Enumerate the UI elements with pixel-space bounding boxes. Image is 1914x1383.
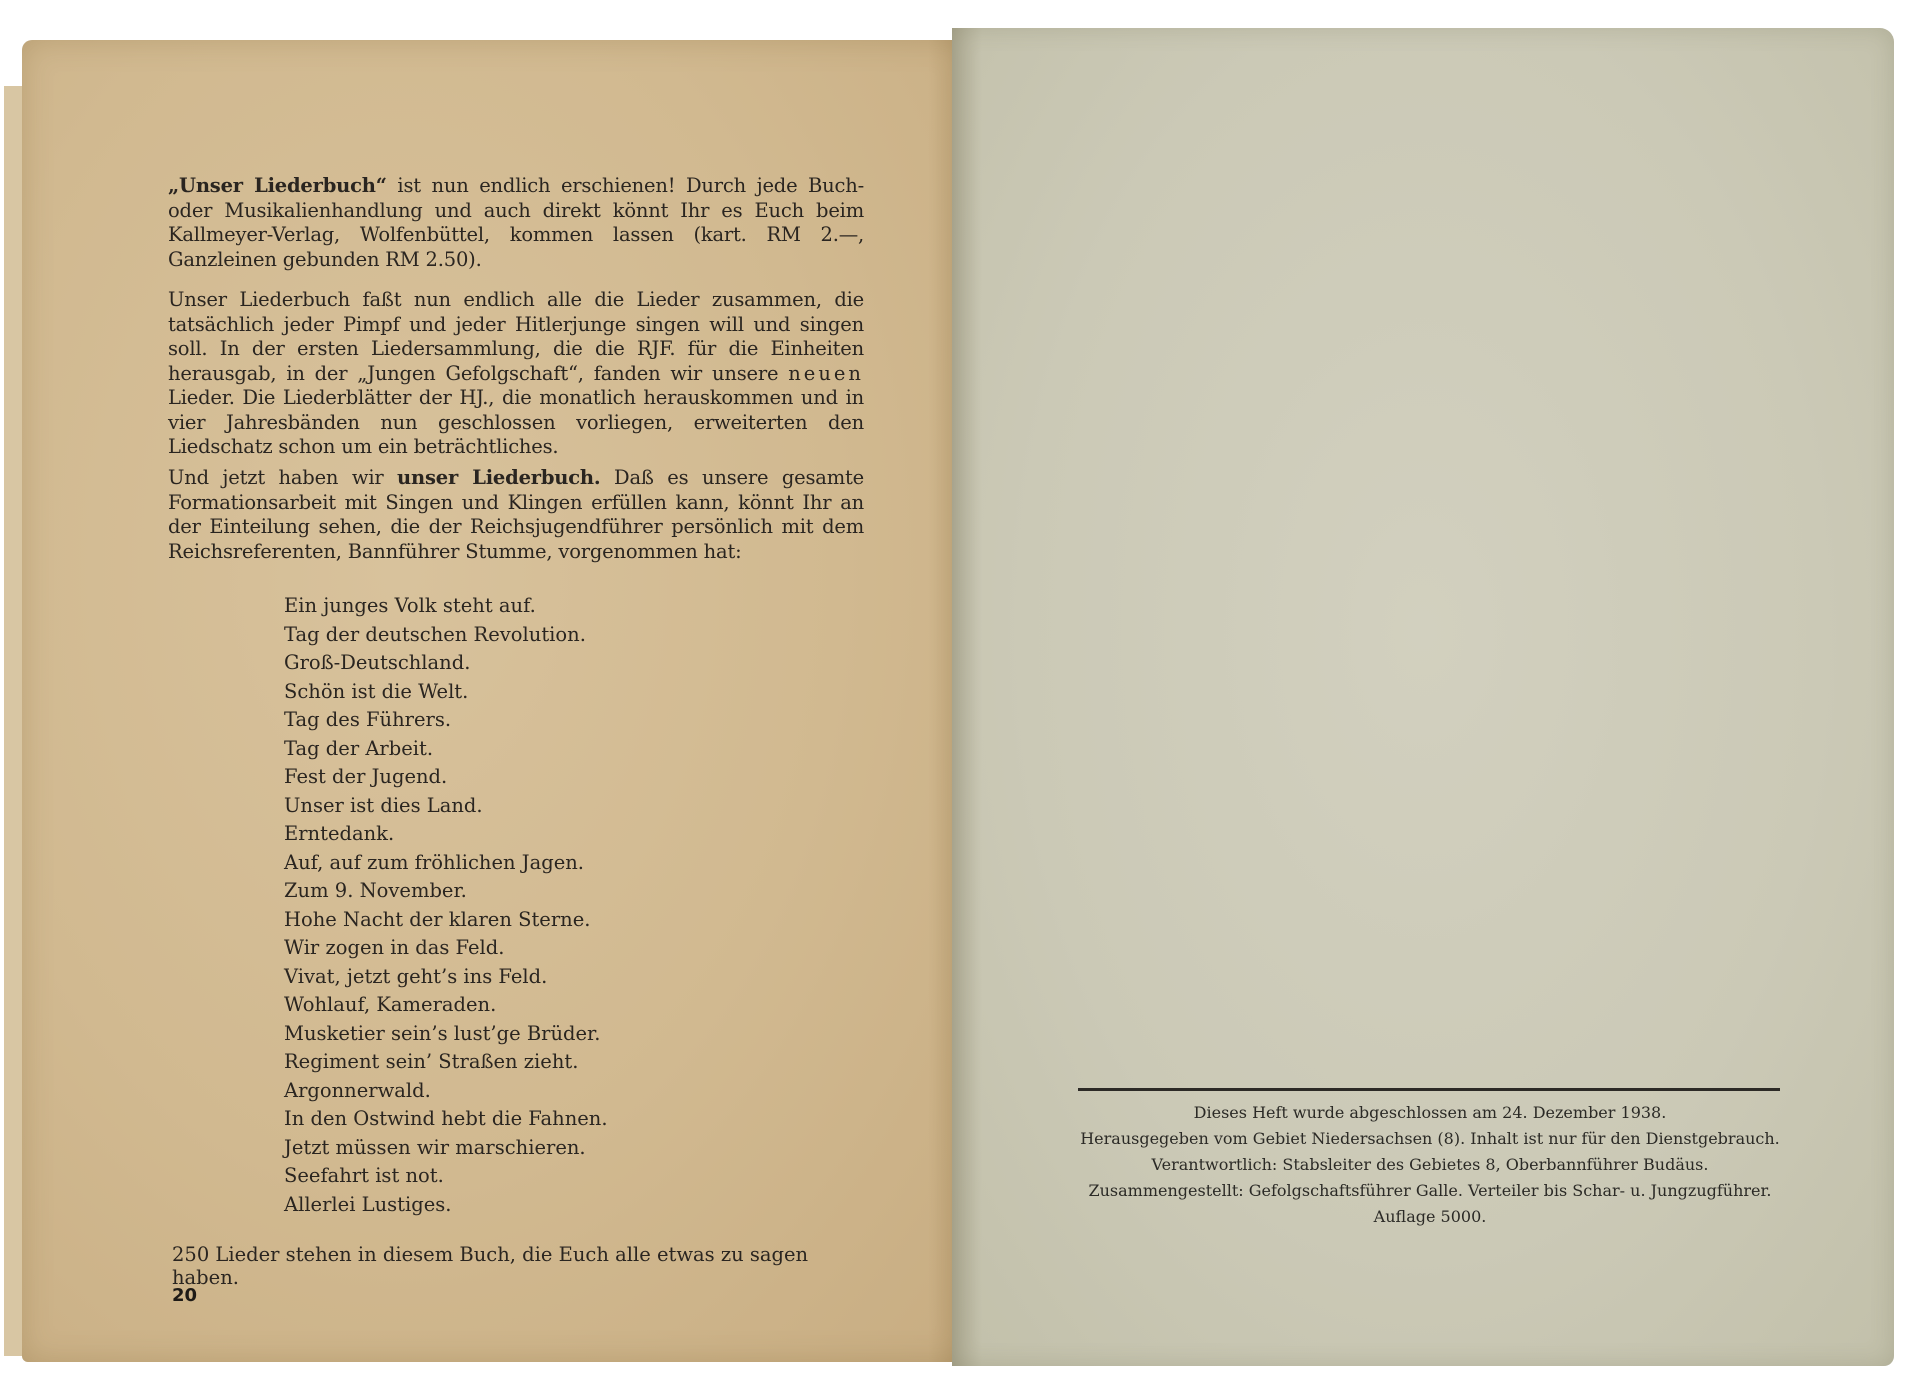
open-booklet-spread: „Unser Liederbuch“ ist nun endlich ersch… <box>0 0 1914 1383</box>
list-item: Wohlauf, Kameraden. <box>284 991 608 1020</box>
list-item: Tag der deutschen Revolution. <box>284 621 608 650</box>
list-item: Wir zogen in das Feld. <box>284 934 608 963</box>
list-item: Musketier sein’s lust’ge Brüder. <box>284 1020 608 1049</box>
list-item: Argonnerwald. <box>284 1077 608 1106</box>
imprint-line: Verantwortlich: Stabsleiter des Gebietes… <box>1075 1152 1785 1178</box>
list-item: Hohe Nacht der klaren Sterne. <box>284 906 608 935</box>
list-item: Jetzt müssen wir marschieren. <box>284 1134 608 1163</box>
list-item: Tag des Führers. <box>284 706 608 735</box>
closing-sentence: 250 Lieder stehen in diesem Buch, die Eu… <box>172 1243 872 1289</box>
imprint-line: Dieses Heft wurde abgeschlossen am 24. D… <box>1075 1100 1785 1126</box>
list-item: Ein junges Volk steht auf. <box>284 592 608 621</box>
paragraph-text: Unser Liederbuch faßt nun endlich alle d… <box>168 288 864 385</box>
list-item: Zum 9. November. <box>284 877 608 906</box>
list-item: Schön ist die Welt. <box>284 678 608 707</box>
list-item: Regiment sein’ Straßen zieht. <box>284 1048 608 1077</box>
list-item: Unser ist dies Land. <box>284 792 608 821</box>
imprint-line: Zusammengestellt: Gefolgschaftsführer Ga… <box>1075 1178 1785 1204</box>
bold-title: „Unser Liederbuch“ <box>168 174 387 197</box>
paragraph-collection: Unser Liederbuch faßt nun endlich alle d… <box>168 288 864 460</box>
paragraph-division: Und jetzt haben wir unser Liederbuch. Da… <box>168 466 864 564</box>
left-page: „Unser Liederbuch“ ist nun endlich ersch… <box>22 40 968 1362</box>
imprint-divider <box>1078 1088 1780 1091</box>
list-item: Fest der Jugend. <box>284 763 608 792</box>
list-item: In den Ostwind hebt die Fahnen. <box>284 1105 608 1134</box>
list-item: Groß-Deutschland. <box>284 649 608 678</box>
list-item: Erntedank. <box>284 820 608 849</box>
list-item: Tag der Arbeit. <box>284 735 608 764</box>
bold-emphasis: unser Liederbuch. <box>397 466 600 489</box>
list-item: Auf, auf zum fröhlichen Jagen. <box>284 849 608 878</box>
section-list: Ein junges Volk steht auf. Tag der deuts… <box>284 592 608 1219</box>
imprint-block: Dieses Heft wurde abgeschlossen am 24. D… <box>1075 1100 1785 1230</box>
imprint-line: Herausgegeben vom Gebiet Niedersachsen (… <box>1075 1126 1785 1152</box>
spaced-emphasis: neuen <box>788 362 864 385</box>
list-item: Seefahrt ist not. <box>284 1162 608 1191</box>
list-item: Allerlei Lustiges. <box>284 1191 608 1220</box>
paragraph-announcement: „Unser Liederbuch“ ist nun endlich ersch… <box>168 174 864 272</box>
paragraph-text: Lieder. Die Liederblätter der HJ., die m… <box>168 386 864 458</box>
list-item: Vivat, jetzt geht’s ins Feld. <box>284 963 608 992</box>
page-number: 20 <box>172 1285 197 1306</box>
paragraph-text: Und jetzt haben wir <box>168 466 397 489</box>
imprint-line: Auflage 5000. <box>1075 1204 1785 1230</box>
